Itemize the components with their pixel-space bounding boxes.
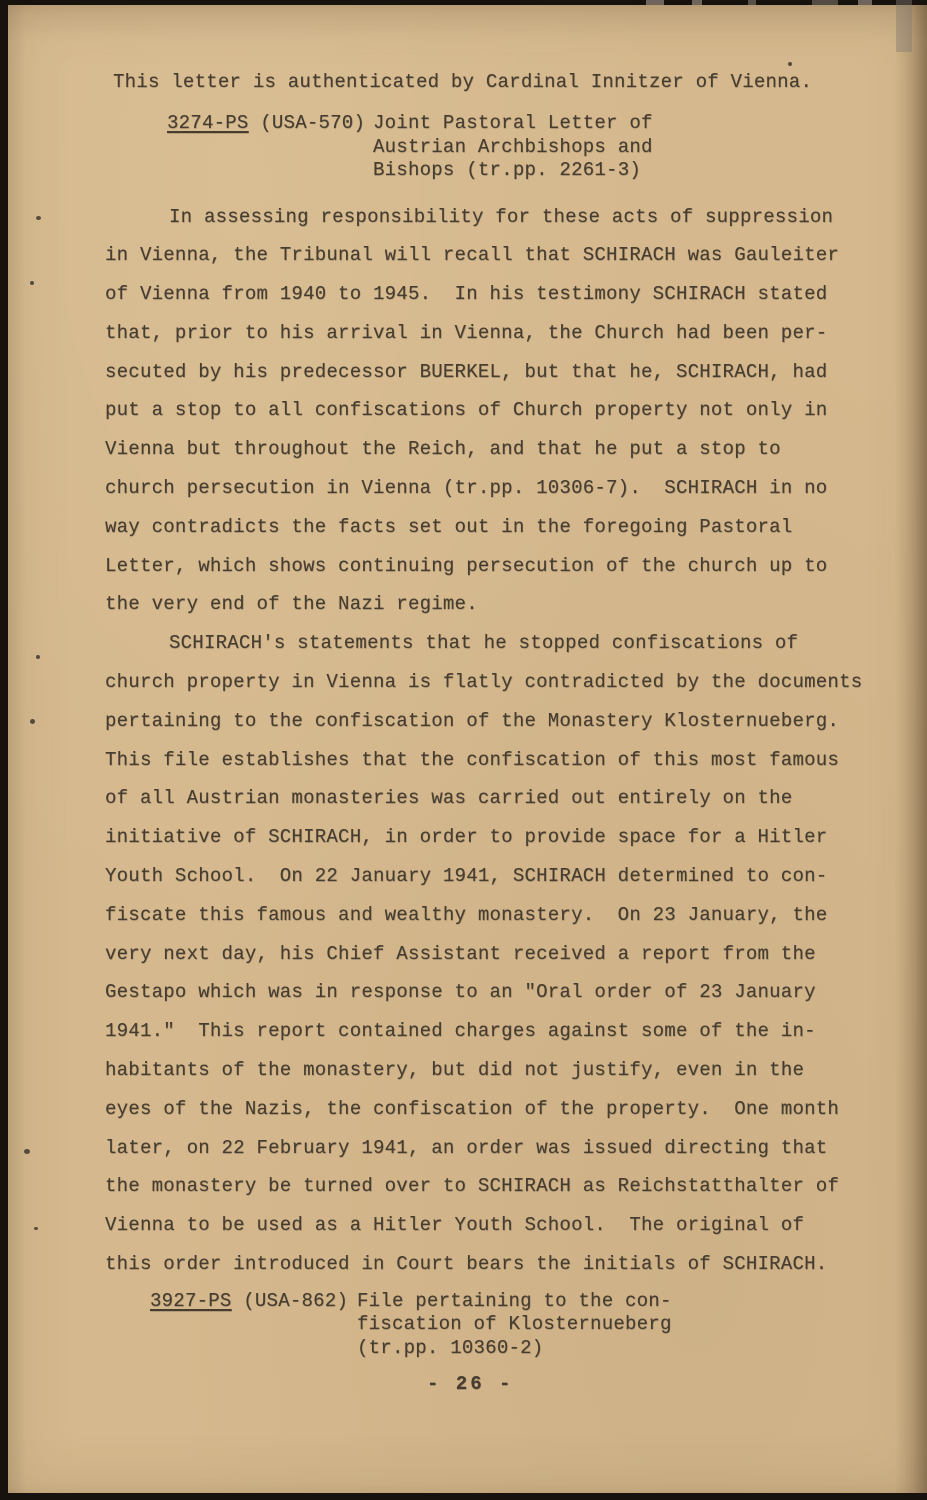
paper-speck: [788, 62, 792, 66]
citation-desc-line: fiscation of Klosternueberg: [357, 1313, 672, 1337]
document-ref: 3927-PS: [150, 1290, 232, 1312]
citation-description: File pertaining to the con- fiscation of…: [357, 1290, 672, 1361]
citation-label: 3927-PS (USA-862): [150, 1290, 357, 1361]
text-line: eyes of the Nazis, the confiscation of t…: [105, 1090, 911, 1129]
exhibit-number: (USA-570): [260, 112, 365, 134]
paper-speck: [34, 1227, 38, 1230]
page-number: - 26 -: [427, 1372, 911, 1396]
text-line: church persecution in Vienna (tr.pp. 103…: [105, 469, 911, 508]
text-line: the monastery be turned over to SCHIRACH…: [105, 1167, 911, 1206]
citation-desc-line: File pertaining to the con-: [357, 1290, 672, 1314]
paper-speck: [30, 281, 34, 285]
citation-block-3927-ps: 3927-PS (USA-862) File pertaining to the…: [105, 1290, 911, 1361]
text-line: later, on 22 February 1941, an order was…: [105, 1129, 911, 1168]
exhibit-number: (USA-862): [243, 1290, 348, 1312]
text-line: Youth School. On 22 January 1941, SCHIRA…: [105, 857, 911, 896]
citation-desc-line: Austrian Archbishops and: [373, 136, 653, 160]
scan-edge-smudge: [896, 0, 912, 52]
paragraph-1: In assessing responsibility for these ac…: [105, 198, 911, 625]
text-line: fiscate this famous and wealthy monaster…: [105, 896, 911, 935]
document-ref: 3274-PS: [167, 112, 249, 134]
text-line: This file establishes that the confiscat…: [105, 741, 911, 780]
text-line: that, prior to his arrival in Vienna, th…: [105, 314, 911, 353]
paper-speck: [30, 719, 35, 724]
text-line: this order introduced in Court bears the…: [105, 1245, 911, 1284]
text-line: secuted by his predecessor BUERKEL, but …: [105, 353, 911, 392]
text-line: in Vienna, the Tribunal will recall that…: [105, 236, 911, 275]
text-line: put a stop to all confiscations of Churc…: [105, 391, 911, 430]
paper-speck: [24, 1149, 30, 1154]
paragraph-2: SCHIRACH's statements that he stopped co…: [105, 624, 911, 1284]
citation-desc-line: Bishops (tr.pp. 2261-3): [373, 159, 653, 183]
text-line: church property in Vienna is flatly cont…: [105, 663, 911, 702]
text-line: very next day, his Chief Assistant recei…: [105, 935, 911, 974]
text-line: Letter, which shows continuing persecuti…: [105, 547, 911, 586]
text-line: 1941." This report contained charges aga…: [105, 1012, 911, 1051]
citation-desc-line: (tr.pp. 10360-2): [357, 1337, 672, 1361]
text-line: Vienna to be used as a Hitler Youth Scho…: [105, 1206, 911, 1245]
text-line: initiative of SCHIRACH, in order to prov…: [105, 818, 911, 857]
intro-line: This letter is authenticated by Cardinal…: [113, 69, 911, 96]
text-line: In assessing responsibility for these ac…: [105, 198, 911, 237]
text-line: Gestapo which was in response to an "Ora…: [105, 973, 911, 1012]
text-line: of all Austrian monasteries was carried …: [105, 779, 911, 818]
citation-label: 3274-PS (USA-570): [167, 112, 373, 183]
citation-description: Joint Pastoral Letter of Austrian Archbi…: [373, 112, 653, 183]
paper-speck: [36, 216, 41, 220]
text-line: SCHIRACH's statements that he stopped co…: [105, 624, 911, 663]
text-line: way contradicts the facts set out in the…: [105, 508, 911, 547]
text-line: the very end of the Nazi regime.: [105, 585, 911, 624]
document-page: This letter is authenticated by Cardinal…: [8, 5, 927, 1493]
citation-desc-line: Joint Pastoral Letter of: [373, 112, 653, 136]
citation-block-3274-ps: 3274-PS (USA-570) Joint Pastoral Letter …: [105, 112, 911, 183]
paper-speck: [36, 655, 40, 659]
text-line: of Vienna from 1940 to 1945. In his test…: [105, 275, 911, 314]
text-line: Vienna but throughout the Reich, and tha…: [105, 430, 911, 469]
text-line: pertaining to the confiscation of the Mo…: [105, 702, 911, 741]
text-line: habitants of the monastery, but did not …: [105, 1051, 911, 1090]
